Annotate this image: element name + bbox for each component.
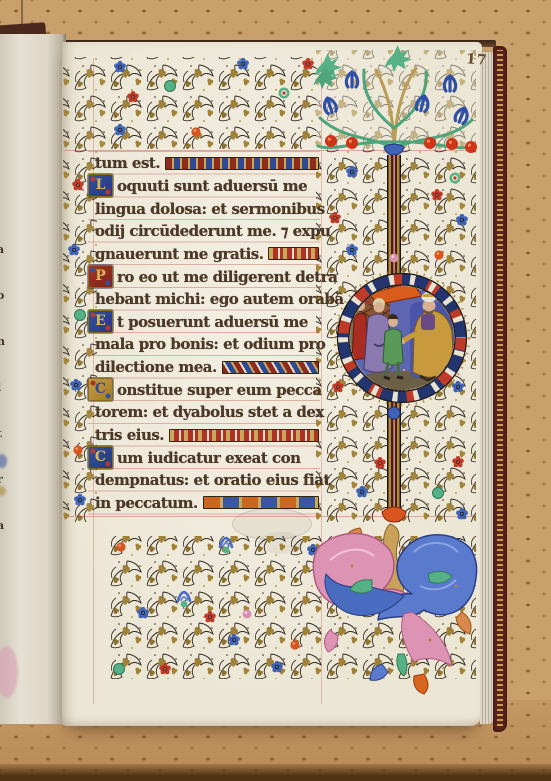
text-line: hebant michi: ego autem orabā xyxy=(95,288,321,311)
text-line: Et posuerunt aduersū me xyxy=(95,310,321,333)
facing-page-letter: r xyxy=(0,474,3,485)
text-line-content: odij circūdederunt me. ⁊ expu xyxy=(95,222,330,240)
text-line: torem: et dyabolus stet a dex xyxy=(95,401,321,424)
manuscript-photo: aonltra xyxy=(0,0,551,781)
text-line: tum est. xyxy=(95,152,321,175)
text-line-content: tris eius. xyxy=(95,426,164,444)
facing-page-letter: o xyxy=(0,290,4,301)
text-line: in peccatum. xyxy=(95,492,321,515)
text-line: dempnatus: et oratio eius fiat xyxy=(95,469,321,492)
line-filler-ornament xyxy=(268,247,319,260)
folio-number: 17 xyxy=(465,51,488,68)
facing-page-letter: l xyxy=(0,382,1,393)
line-filler-ornament xyxy=(222,361,319,374)
illuminated-initial: C xyxy=(88,446,113,469)
text-line: tris eius. xyxy=(95,424,321,447)
line-filler-ornament xyxy=(165,157,319,170)
text-line-content: in peccatum. xyxy=(95,494,198,512)
text-line: dilectione mea. xyxy=(95,356,321,379)
text-line: odij circūdederunt me. ⁊ expu xyxy=(95,220,321,243)
text-line-content: t posuerunt aduersū me xyxy=(117,313,308,331)
text-line: gnauerunt me gratis. xyxy=(95,243,321,266)
text-line: Loquuti sunt aduersū me xyxy=(95,175,321,198)
illuminated-initial: P xyxy=(88,265,113,288)
text-line-content: ro eo ut me diligerent detra xyxy=(117,268,337,286)
facing-page-letter: a xyxy=(0,244,4,255)
illuminated-initial: L xyxy=(88,174,113,197)
text-line-content: lingua dolosa: et sermonibus xyxy=(95,200,325,218)
text-line: Pro eo ut me diligerent detra xyxy=(95,265,321,288)
parchment-stain xyxy=(258,532,304,554)
gold-tooling xyxy=(497,50,503,726)
facing-page-decoration xyxy=(0,646,18,698)
text-line-content: dempnatus: et oratio eius fiat xyxy=(95,471,330,489)
illuminated-initial: E xyxy=(88,310,113,333)
text-line: lingua dolosa: et sermonibus xyxy=(95,197,321,220)
page-edge-stack xyxy=(480,52,494,724)
text-line-content: dilectione mea. xyxy=(95,358,217,376)
facing-page-letter: t xyxy=(0,428,2,439)
text-line-content: onstitue super eum pecca xyxy=(117,381,322,399)
background-bottom-strip xyxy=(0,764,551,781)
latin-text-block: tum est.Loquuti sunt aduersū melingua do… xyxy=(95,152,321,514)
line-filler-ornament xyxy=(203,496,319,509)
facing-page-decoration xyxy=(0,486,6,496)
facing-page-letter: n xyxy=(0,336,5,347)
text-line: mala pro bonis: et odium pro xyxy=(95,333,321,356)
text-line-content: gnauerunt me gratis. xyxy=(95,245,263,263)
text-line-content: hebant michi: ego autem orabā xyxy=(95,290,344,308)
facing-page-decoration xyxy=(0,454,7,468)
tooled-cover-edge xyxy=(493,46,507,732)
text-line-content: torem: et dyabolus stet a dex xyxy=(95,403,324,421)
text-line-content: oquuti sunt aduersū me xyxy=(117,177,307,195)
facing-page-letter: a xyxy=(0,520,4,531)
facing-page-sliver: aonltra xyxy=(0,34,66,724)
text-line: Cum iudicatur exeat con xyxy=(95,446,321,469)
text-line-content: mala pro bonis: et odium pro xyxy=(95,335,325,353)
illuminated-initial: C xyxy=(88,378,113,401)
text-line-content: tum est. xyxy=(95,154,160,172)
text-line: Constitue super eum pecca xyxy=(95,378,321,401)
line-filler-ornament xyxy=(169,429,319,442)
text-line-content: um iudicatur exeat con xyxy=(117,449,301,467)
